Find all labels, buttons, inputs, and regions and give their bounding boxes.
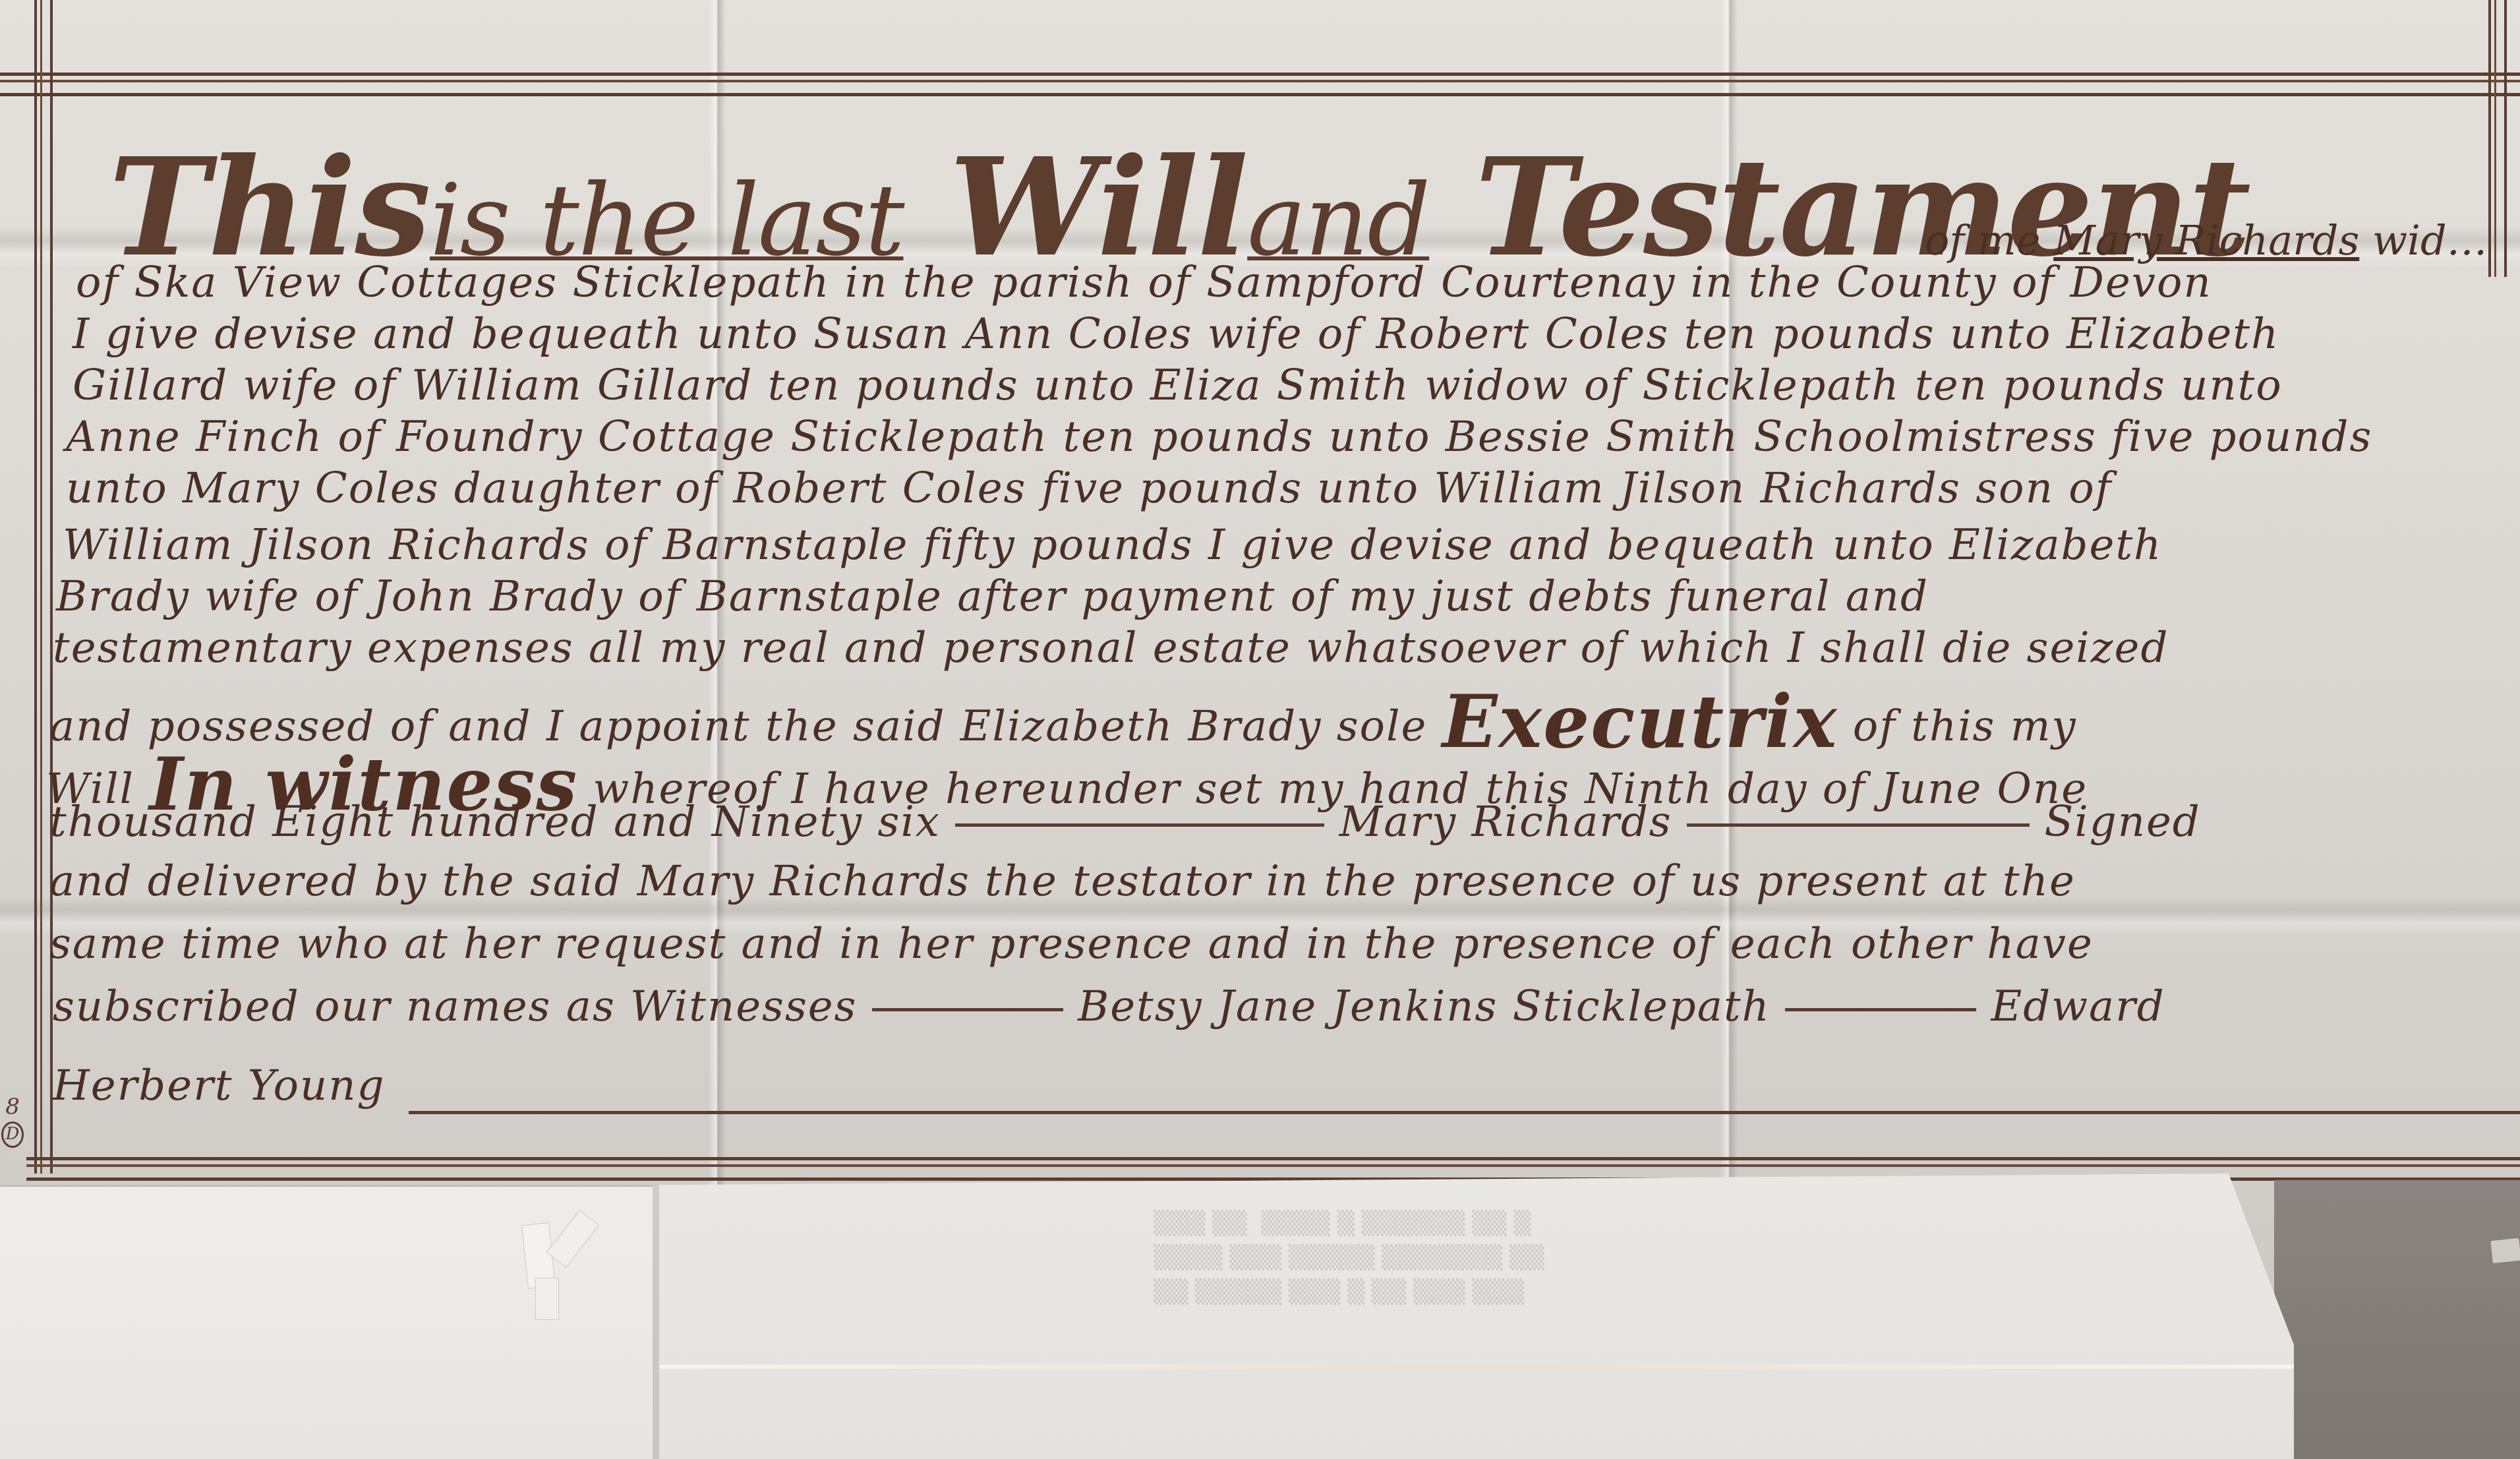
witnesses-text: subscribed our names as Witnesses: [53, 982, 857, 1031]
signed-text: Signed: [2044, 798, 2200, 847]
witness-one-signature: Betsy Jane Jenkins Sticklepath: [1078, 982, 1771, 1031]
attestation-line: and delivered by the said Mary Richards …: [49, 857, 2076, 906]
ruled-line: [409, 1111, 2520, 1114]
title-tail-prefix: of me: [1925, 216, 2040, 264]
will-text-line: Gillard wife of William Gillard ten poun…: [73, 361, 2283, 410]
will-text-line: of Ska View Cottages Sticklepath in the …: [76, 258, 2212, 307]
testator-name: Mary Richards: [2053, 216, 2359, 264]
witness-two-signature: Edward: [1991, 982, 2165, 1031]
margin-note-number: 8: [1, 1094, 24, 1119]
document-photo: Thisis the last Willand Testament of me …: [0, 0, 2520, 1459]
paper-edge: [659, 1365, 2294, 1369]
attestation-line: same time who at her request and in her …: [49, 920, 2094, 968]
right-border-rule: [2488, 0, 2507, 277]
witness-two-continued: Herbert Young: [53, 1061, 385, 1110]
will-text-line: Anne Finch of Foundry Cottage Sticklepat…: [66, 413, 2372, 462]
testator-intro: of me Mary Richards wid…: [1925, 216, 2488, 264]
show-through-text: ▒▒▒ ▒▒ ▒▒▒▒ ▒ ▒▒▒▒▒▒ ▒▒ ▒ ▒▒▒▒ ▒▒▒ ▒▒▒▒▒…: [1154, 1206, 1544, 1309]
background-shadow: [2274, 1180, 2520, 1459]
witness-two-surname: Herbert Young: [53, 1061, 385, 1110]
signature-rule: [872, 1008, 1063, 1011]
top-border-rule: [0, 73, 2520, 96]
paper-tab: [2490, 1238, 2520, 1263]
witnesses-line: subscribed our names as Witnesses Betsy …: [53, 982, 2165, 1031]
title-tail-suffix: wid…: [2372, 216, 2488, 264]
will-text-line: Brady wife of John Brady of Barnstaple a…: [56, 572, 1929, 621]
margin-note-circled: D: [1, 1121, 24, 1148]
left-border-rule: [34, 0, 53, 1174]
signature-rule: [1687, 823, 2030, 827]
will-text-line: William Jilson Richards of Barnstaple fi…: [63, 521, 2162, 570]
margin-annotation: 8 D: [1, 1094, 24, 1148]
will-text-line: unto Mary Coles daughter of Robert Coles…: [66, 464, 2112, 513]
will-text-line: testamentary expenses all my real and pe…: [53, 624, 2169, 672]
tied-ribbon: [521, 1212, 620, 1324]
date-text: thousand Eight hundred and Ninety six: [49, 798, 941, 847]
date-line: thousand Eight hundred and Ninety six Ma…: [49, 798, 2201, 847]
signature-rule: [955, 823, 1324, 827]
signature-rule: [1785, 1008, 1976, 1011]
testator-signature: Mary Richards: [1339, 798, 1672, 847]
will-text-line: I give devise and bequeath unto Susan An…: [73, 310, 2279, 359]
